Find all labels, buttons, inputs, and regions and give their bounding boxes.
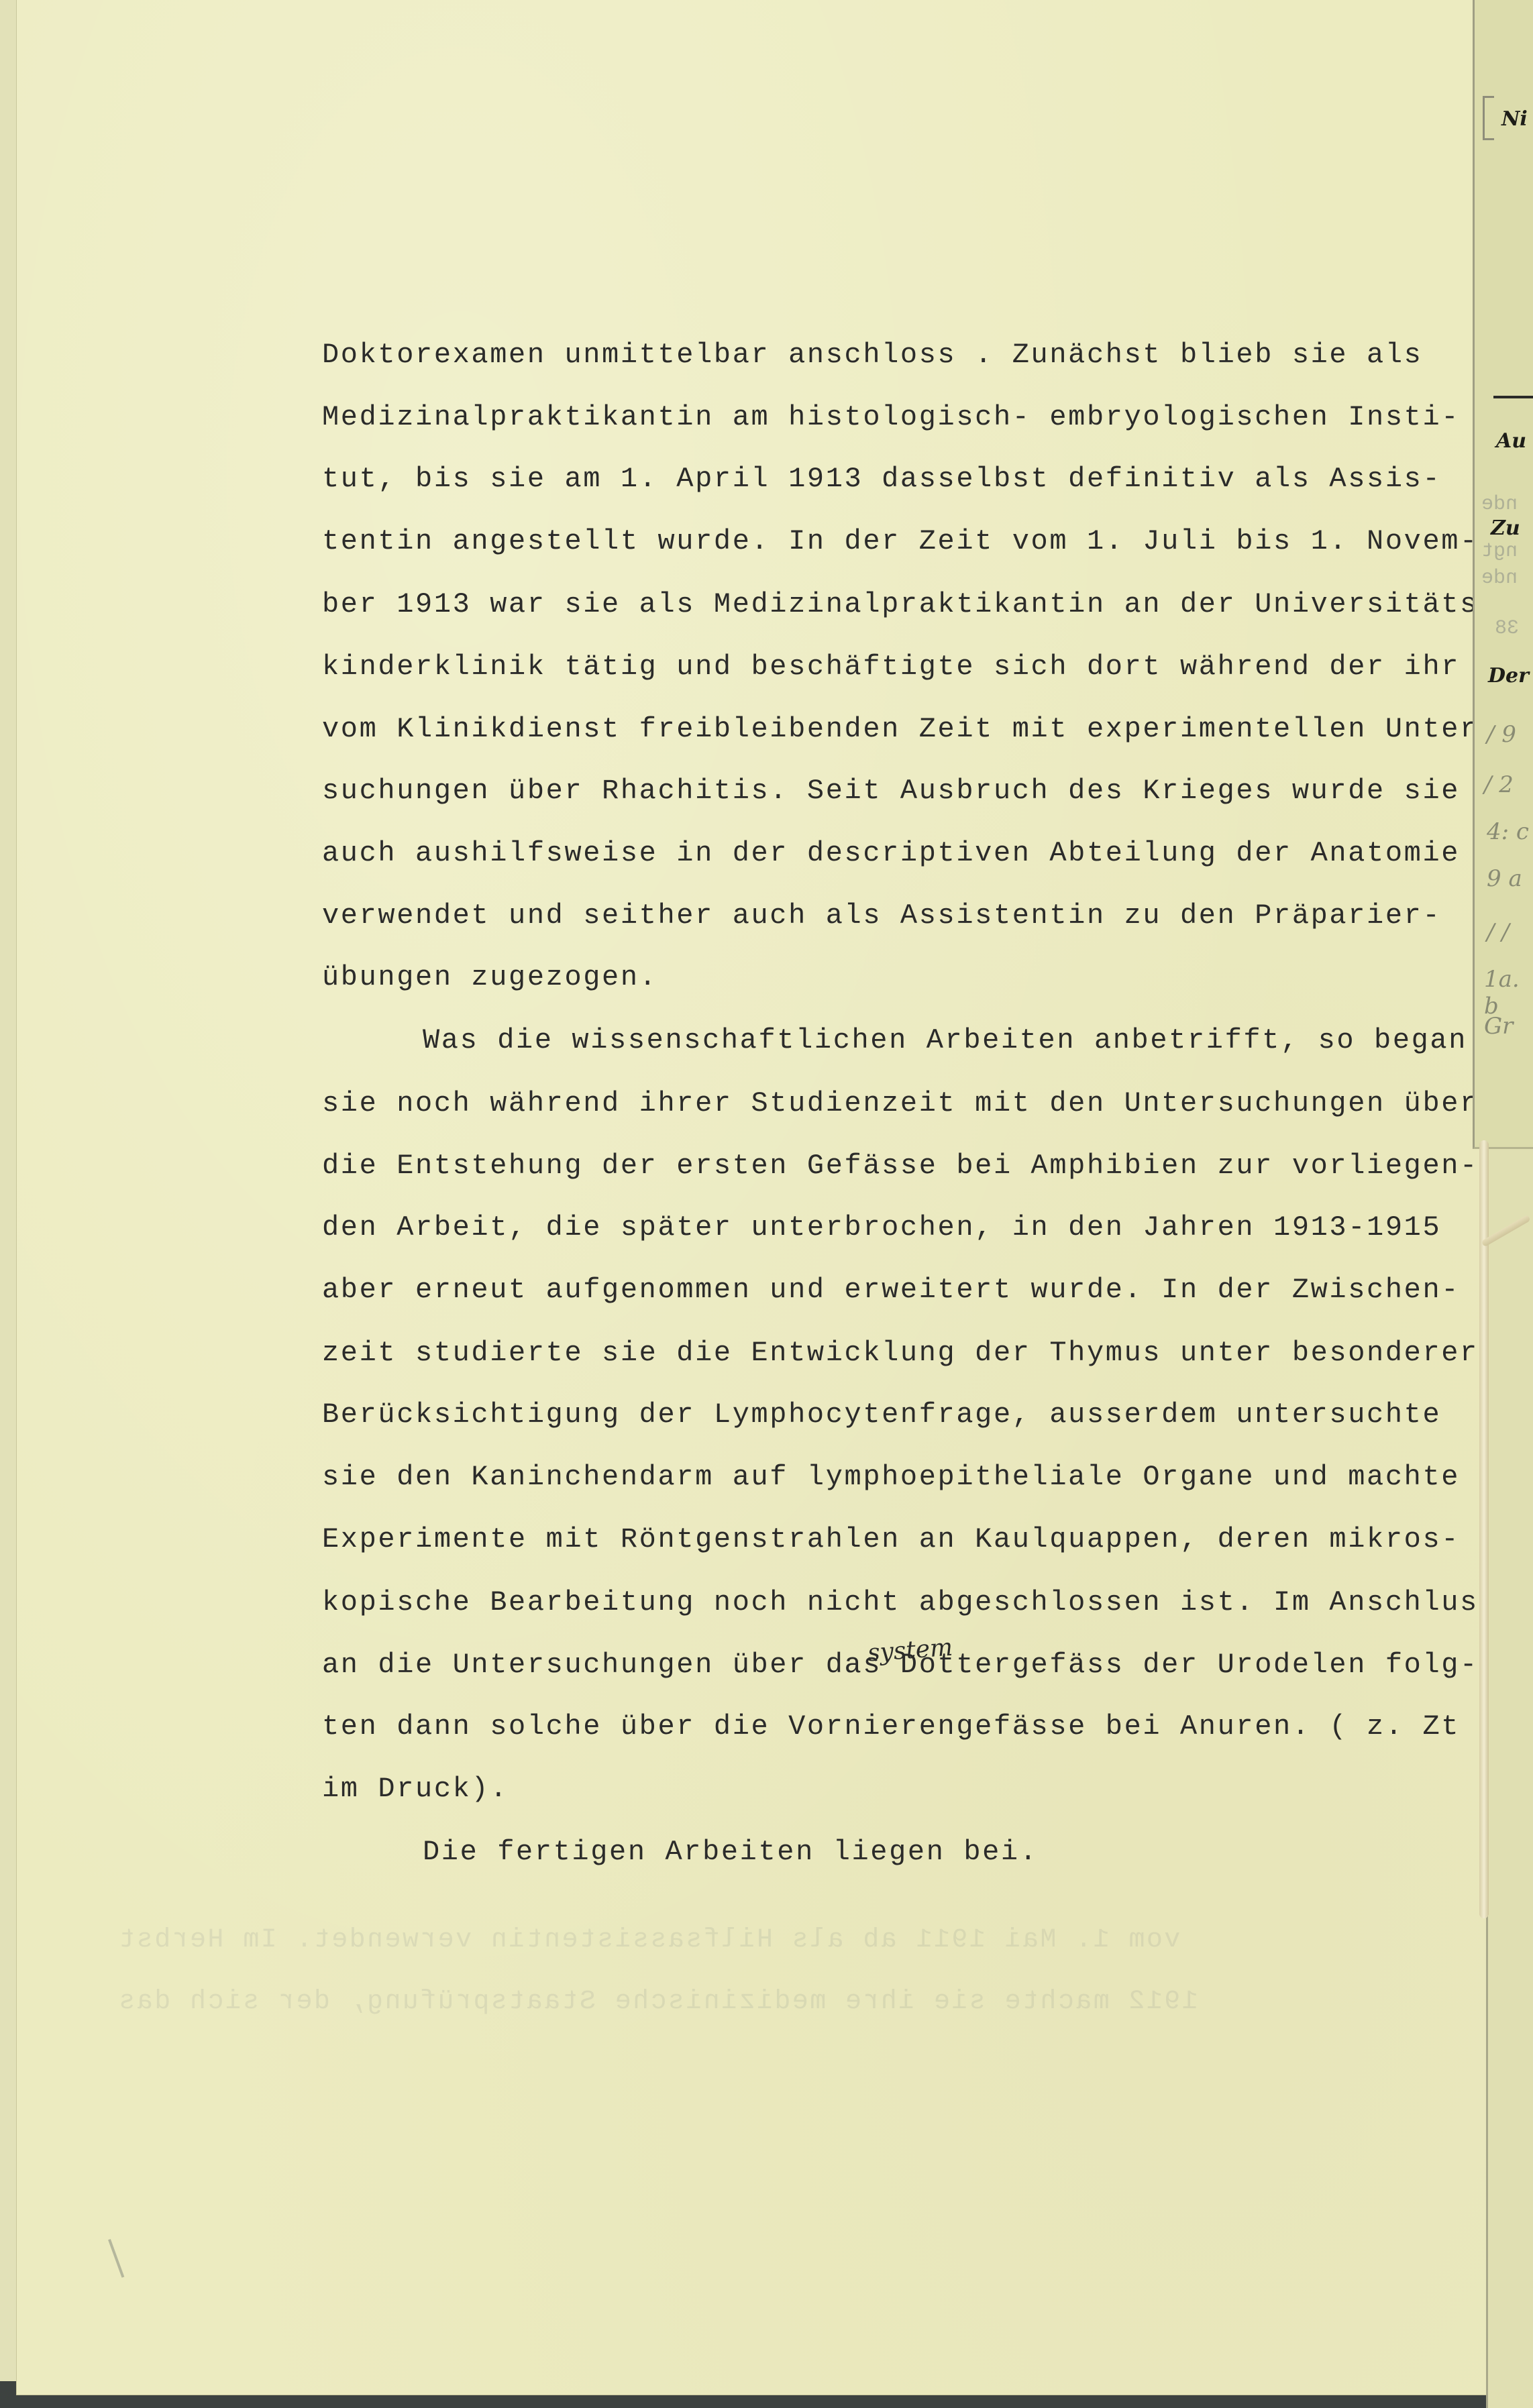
pencil-note: 4: c	[1487, 818, 1529, 845]
typed-line: Doktorexamen unmittelbar anschloss . Zun…	[322, 339, 1422, 371]
typed-line: Die fertigen Arbeiten liegen bei.	[423, 1836, 1039, 1868]
card-ghost-text: 38	[1495, 617, 1519, 640]
card-label: Ni	[1501, 107, 1528, 131]
typed-line: tut, bis sie am 1. April 1913 dasselbst …	[322, 463, 1441, 495]
typed-line: kinderklinik tätig und beschäftigte sich…	[322, 651, 1460, 683]
typed-line: Berücksichtigung der Lymphocytenfrage, a…	[322, 1399, 1441, 1431]
typed-line: Was die wissenschaftlichen Arbeiten anbe…	[423, 1024, 1467, 1056]
typed-line: aber erneut aufgenommen und erweitert wu…	[322, 1274, 1460, 1306]
typed-line: suchungen über Rhachitis. Seit Ausbruch …	[322, 775, 1460, 807]
bleed-through-line: vom 1. Mai 1911 ab als Hilfsassistentin …	[117, 1925, 1180, 1955]
typed-line: sie den Kaninchendarm auf lymphoepitheli…	[322, 1461, 1460, 1493]
typed-line: tentin angestellt wurde. In der Zeit vom…	[322, 525, 1479, 557]
pencil-smudge-mark	[108, 2230, 150, 2277]
card-ghost-text: nde	[1481, 567, 1518, 590]
card-label: Au	[1496, 429, 1526, 453]
typed-line: den Arbeit, die später unterbrochen, in …	[322, 1211, 1441, 1244]
typed-line: zeit studierte sie die Entwicklung der T…	[322, 1337, 1479, 1369]
pencil-note: / 2	[1484, 771, 1514, 798]
typed-line: ber 1913 war sie als Medizinalpraktikant…	[322, 588, 1479, 620]
typed-line: sie noch während ihrer Studienzeit mit d…	[322, 1087, 1479, 1119]
pencil-note: / /	[1487, 919, 1510, 946]
card-label: Zu	[1491, 516, 1520, 540]
bleed-through-line: 1912 machte sie ihre medizinische Staats…	[117, 1987, 1198, 2017]
card-ghost-text: ngt	[1481, 540, 1518, 563]
binding-string	[1479, 1140, 1489, 1918]
document-page: Doktorexamen unmittelbar anschloss . Zun…	[17, 0, 1496, 2395]
card-label: Der	[1488, 664, 1529, 688]
dash-mark	[1493, 396, 1533, 398]
attached-index-card: Ni Au nde Zu ngt nde 38 Der / 9 / 2 4: c…	[1473, 0, 1533, 1149]
typed-line: ten dann solche über die Vornierengefäss…	[322, 1710, 1460, 1743]
bracket-mark	[1483, 96, 1494, 140]
typed-line: auch aushilfsweise in der descriptiven A…	[322, 837, 1460, 869]
card-ghost-text: nde	[1481, 493, 1518, 516]
pencil-note: 9 a	[1487, 865, 1522, 892]
typed-line: übungen zugezogen.	[322, 961, 657, 993]
typed-line: Medizinalpraktikantin am histologisch- e…	[322, 401, 1460, 433]
typed-line: im Druck).	[322, 1773, 509, 1805]
pencil-note: 1a. b	[1484, 966, 1533, 1020]
pencil-note: Gr	[1484, 1013, 1513, 1040]
pencil-note: / 9	[1487, 721, 1516, 748]
typed-line: verwendet und seither auch als Assistent…	[322, 899, 1441, 932]
typed-line: die Entstehung der ersten Gefässe bei Am…	[322, 1150, 1479, 1182]
typed-line: kopische Bearbeitung noch nicht abgeschl…	[322, 1586, 1497, 1619]
typed-line: Experimente mit Röntgenstrahlen an Kaulq…	[322, 1523, 1460, 1555]
typed-line: vom Klinikdienst freibleibenden Zeit mit…	[322, 713, 1479, 745]
